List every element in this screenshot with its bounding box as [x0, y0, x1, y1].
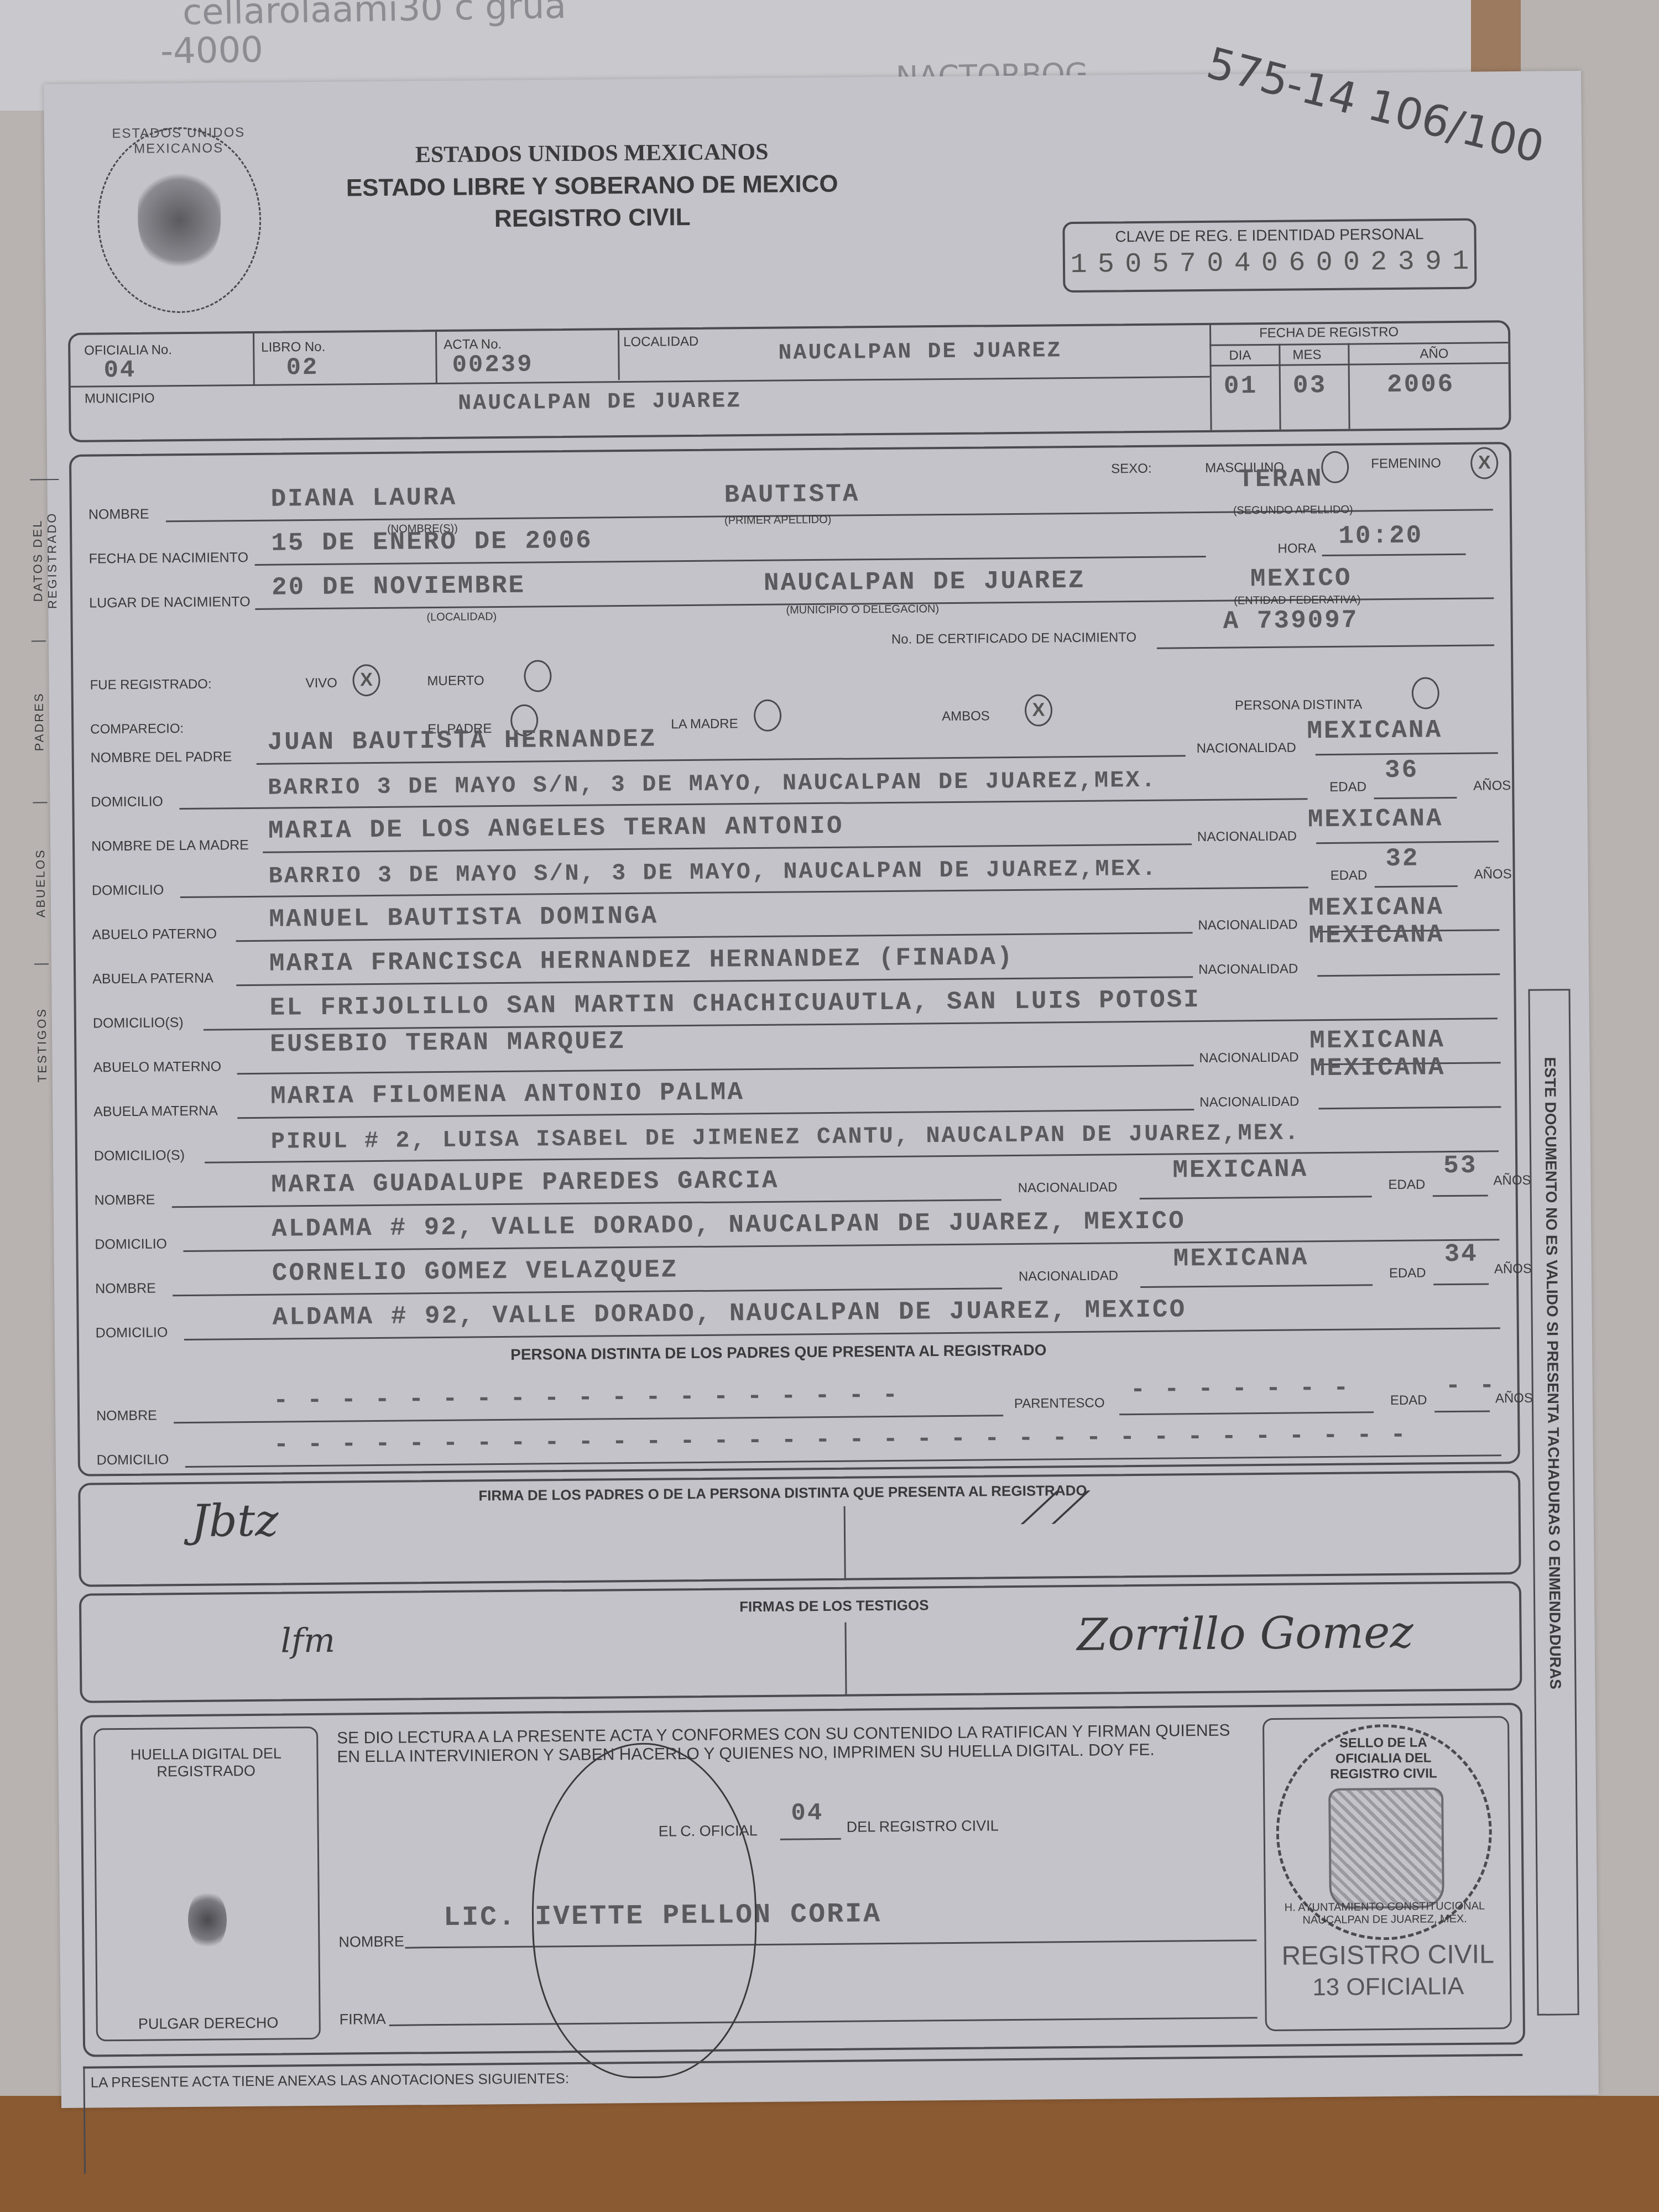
persona-nombre-label: NOMBRE [96, 1408, 157, 1425]
padre-edad-value: 36 [1385, 756, 1419, 785]
persona-edad-label: EDAD [1390, 1392, 1427, 1408]
testigo-1-domicilio: ALDAMA # 92, VALLE DORADO, NAUCALPAN DE … [272, 1207, 1186, 1243]
entidad-hint: (ENTIDAD FEDERATIVA) [1234, 593, 1360, 607]
madre-domicilio-label: DOMICILIO [92, 882, 164, 899]
certification-box: HUELLA DIGITAL DEL REGISTRADO PULGAR DER… [80, 1703, 1525, 2057]
domicilio-maternos-value: PIRUL # 2, LUISA ISABEL DE JIMENEZ CANTU… [271, 1119, 1301, 1155]
ambos-radio-selected[interactable]: X [1025, 694, 1053, 726]
localidad-hint: (LOCALIDAD) [426, 611, 497, 624]
persona-nombre-value: - - - - - - - - - - - - - - - - - - - [273, 1381, 900, 1415]
acta-value: 00239 [452, 351, 533, 379]
persona-edad-value: - - [1445, 1371, 1496, 1400]
testigo-1-nombre: MARIA GUADALUPE PAREDES GARCIA [271, 1166, 779, 1199]
testigo-2-nacionalidad: MEXICANA [1173, 1243, 1308, 1273]
madre-nacionalidad-label: NACIONALIDAD [1197, 828, 1297, 845]
clave-box: CLAVE DE REG. E IDENTIDAD PERSONAL 15057… [1062, 218, 1477, 293]
firma-padres-title: FIRMA DE LOS PADRES O DE LA PERSONA DIST… [478, 1482, 1087, 1505]
pulgar-label: PULGAR DERECHO [98, 2014, 319, 2033]
testigo-2-edad-label: EDAD [1389, 1265, 1426, 1281]
abuelo-paterno-nacionalidad-label: NACIONALIDAD [1198, 917, 1297, 933]
sello-ring-text: H. AYUNTAMIENTO CONSTITUCIONAL NAUCALPAN… [1280, 1900, 1490, 1927]
testigo-2-nombre-label: NOMBRE [95, 1281, 156, 1297]
clave-digit: 5 [1098, 249, 1115, 280]
header-line-3: REGISTRO CIVIL [343, 202, 841, 234]
clave-digit: 1 [1452, 246, 1469, 278]
huella-label: HUELLA DIGITAL DEL REGISTRADO [117, 1745, 295, 1781]
sello-title: SELLO DE LA OFICIALIA DEL REGISTRO CIVIL [1278, 1735, 1489, 1783]
lugar-municipio-value: NAUCALPAN DE JUAREZ [764, 566, 1086, 598]
dia-value: 01 [1224, 372, 1258, 401]
muerto-radio[interactable] [524, 660, 552, 692]
abuelo-materno-nacionalidad-label: NACIONALIDAD [1199, 1050, 1298, 1066]
sello-box: SELLO DE LA OFICIALIA DEL REGISTRO CIVIL… [1262, 1716, 1512, 2031]
clave-digit: 0 [1316, 247, 1333, 279]
parentesco-value: - - - - - - - [1130, 1374, 1350, 1404]
padre-domicilio-value: BARRIO 3 DE MAYO S/N, 3 DE MAYO, NAUCALP… [268, 767, 1157, 801]
firma-padres-box: FIRMA DE LOS PADRES O DE LA PERSONA DIST… [78, 1470, 1521, 1587]
oficialia-value: 04 [103, 357, 136, 385]
clave-digit: 7 [1180, 248, 1197, 280]
background-note-2: -4000 [160, 29, 263, 72]
clave-digit: 6 [1288, 247, 1306, 279]
padre-signature: Jbtz [191, 1495, 278, 1547]
thumbprint-icon [188, 1889, 227, 1950]
side-tab-padres: PADRES [32, 640, 48, 802]
testigo-2-anos-label: AÑOS [1494, 1261, 1532, 1277]
muerto-label: MUERTO [427, 673, 484, 689]
abuela-paterna-nacionalidad-label: NACIONALIDAD [1198, 961, 1298, 978]
acta-label: ACTA No. [444, 337, 502, 353]
madre-domicilio-value: BARRIO 3 DE MAYO S/N, 3 DE MAYO, NAUCALP… [268, 855, 1157, 890]
firma-testigos-title: FIRMAS DE LOS TESTIGOS [739, 1597, 929, 1615]
huella-box: HUELLA DIGITAL DEL REGISTRADO PULGAR DER… [93, 1726, 321, 2042]
firma-testigos-box: FIRMAS DE LOS TESTIGOS lfm Zorrillo Gome… [79, 1581, 1522, 1703]
persona-domicilio-label: DOMICILIO [97, 1452, 169, 1468]
segundo-apellido-hint: (SEGUNDO APELLIDO) [1233, 504, 1353, 518]
vivo-radio-selected[interactable]: X [352, 664, 380, 696]
municipio-value: NAUCALPAN DE JUAREZ [458, 389, 742, 416]
header-line-2: ESTADO LIBRE Y SOBERANO DE MEXICO [343, 170, 841, 202]
certificado-value: A 739097 [1223, 606, 1358, 635]
persona-distinta-radio[interactable] [1412, 677, 1440, 709]
municipio-hint: (MUNICIPIO O DELEGACION) [786, 603, 939, 617]
document-header: ESTADOS UNIDOS MEXICANOS ESTADO LIBRE Y … [343, 138, 841, 234]
abuela-paterna-label: ABUELA PATERNA [92, 971, 213, 988]
testigo-1-anos-label: AÑOS [1493, 1173, 1531, 1189]
lugar-nacimiento-label: LUGAR DE NACIMIENTO [89, 594, 250, 612]
eagle-emblem-icon [137, 167, 221, 273]
padre-anos-label: AÑOS [1473, 778, 1511, 794]
testigo-1-nacionalidad: MEXICANA [1172, 1155, 1308, 1185]
municipal-seal-icon: SELLO DE LA OFICIALIA DEL REGISTRO CIVIL… [1275, 1723, 1493, 1940]
padre-value: JUAN BAUTISTA HERNANDEZ [267, 725, 656, 757]
libro-label: LIBRO No. [261, 340, 325, 356]
del-registro-label: DEL REGISTRO CIVIL [847, 1817, 999, 1835]
libro-value: 02 [286, 354, 319, 382]
nombre-label: NOMBRE [88, 507, 149, 523]
oficial-nombre-label: NOMBRE [338, 1933, 404, 1951]
anio-label: AÑO [1420, 346, 1448, 362]
femenino-radio-selected[interactable]: X [1470, 447, 1499, 479]
abuelo-materno-label: ABUELO MATERNO [93, 1058, 221, 1076]
abuela-paterna-nacionalidad: MEXICANA [1308, 920, 1444, 950]
clave-digit: 0 [1343, 247, 1360, 278]
side-section-tabs: DATOS DEL REGISTRADO PADRES ABUELOS TEST… [30, 479, 69, 1125]
abuela-materna-nacionalidad-label: NACIONALIDAD [1199, 1094, 1299, 1110]
abuelo-paterno-value: MANUEL BAUTISTA DOMINGA [269, 902, 658, 934]
testigo-2-nombre: CORNELIO GOMEZ VELAZQUEZ [272, 1255, 679, 1287]
vivo-label: VIVO [305, 676, 337, 691]
testigo-2-domicilio-label: DOMICILIO [96, 1324, 168, 1341]
header-line-1: ESTADOS UNIDOS MEXICANOS [343, 138, 841, 169]
side-tab-registrado: DATOS DEL REGISTRADO [30, 479, 60, 640]
municipio-label: MUNICIPIO [85, 390, 155, 406]
testigo-2-nacionalidad-label: NACIONALIDAD [1019, 1268, 1118, 1285]
side-tab-testigos: TESTIGOS [34, 963, 50, 1125]
padre-domicilio-label: DOMICILIO [91, 794, 163, 810]
clave-digits: 150570406002391 [1065, 246, 1474, 281]
nombres-value: DIANA LAURA [270, 483, 457, 514]
abuelo-paterno-nacionalidad: MEXICANA [1308, 893, 1444, 922]
testigo-1-domicilio-label: DOMICILIO [95, 1236, 167, 1253]
clave-digit: 1 [1070, 249, 1087, 281]
dia-label: DIA [1229, 348, 1251, 363]
madre-signature: ⟋⟋ [1020, 1482, 1083, 1535]
testigo-1-signature: lfm [280, 1621, 335, 1661]
clave-digit: 3 [1397, 247, 1415, 278]
validity-notice-band: ESTE DOCUMENTO NO ES VALIDO SI PRESENTA … [1528, 989, 1579, 2016]
ambos-label: AMBOS [942, 708, 990, 724]
primer-apellido-hint: (PRIMER APELLIDO) [724, 514, 832, 528]
certificado-label: No. DE CERTIFICADO DE NACIMIENTO [891, 630, 1136, 648]
madre-nacionalidad-value: MEXICANA [1308, 804, 1443, 834]
primer-apellido-value: BAUTISTA [724, 479, 859, 509]
coat-of-arms-icon [1328, 1787, 1444, 1909]
abuelo-paterno-label: ABUELO PATERNO [92, 926, 217, 943]
padre-nacionalidad-value: MEXICANA [1307, 716, 1442, 745]
persona-domicilio-value: - - - - - - - - - - - - - - - - - - - - … [273, 1421, 1407, 1459]
mes-value: 03 [1293, 371, 1327, 400]
clave-digit: 5 [1152, 248, 1169, 280]
sexo-label: SEXO: [1111, 461, 1152, 477]
testigo-2-edad: 34 [1444, 1240, 1478, 1269]
oficial-number: 04 [791, 1799, 823, 1828]
side-tab-abuelos: ABUELOS [33, 802, 49, 963]
clave-digit: 0 [1261, 248, 1279, 279]
hora-value: 10:20 [1338, 521, 1423, 550]
testigo-1-edad: 53 [1443, 1151, 1478, 1181]
background-note-1: cellarolaami30 c grua [182, 0, 566, 33]
parentesco-label: PARENTESCO [1014, 1396, 1105, 1412]
abuela-paterna-value: MARIA FRANCISCA HERNANDEZ HERNANDEZ (FIN… [269, 943, 1014, 978]
firma-label: FIRMA [340, 2011, 386, 2028]
padre-edad-label: EDAD [1329, 779, 1366, 795]
testigo-1-nacionalidad-label: NACIONALIDAD [1018, 1180, 1117, 1196]
segundo-apellido-value: TERAN [1238, 465, 1323, 494]
madre-edad-value: 32 [1385, 844, 1420, 874]
anotaciones-label: LA PRESENTE ACTA TIENE ANEXAS LAS ANOTAC… [90, 2070, 569, 2091]
mes-label: MES [1292, 347, 1321, 363]
lugar-entidad-value: MEXICO [1250, 564, 1352, 594]
sello-oficialia: 13 OFICIALIA [1266, 1972, 1510, 2002]
madre-value: MARIA DE LOS ANGELES TERAN ANTONIO [268, 812, 844, 846]
clave-digit: 0 [1207, 248, 1224, 280]
certificacion-text: SE DIO LECTURA A LA PRESENTE ACTA Y CONF… [337, 1721, 1244, 1766]
domicilio-paternos-value: EL FRIJOLILLO SAN MARTIN CHACHICUAUTLA, … [269, 985, 1201, 1022]
birth-certificate: 575-14 106/100 ESTADOS UNIDOS MEXICANOS … [44, 71, 1599, 2108]
testigo-1-nombre-label: NOMBRE [95, 1192, 155, 1209]
madre-label: NOMBRE DE LA MADRE [91, 837, 249, 854]
anotaciones-box: LA PRESENTE ACTA TIENE ANEXAS LAS ANOTAC… [83, 2054, 1524, 2174]
testigo-2-signature: Zorrillo Gomez [1077, 1606, 1413, 1661]
clave-digit: 0 [1125, 249, 1142, 280]
padre-label: NOMBRE DEL PADRE [91, 749, 232, 766]
localidad-label: LOCALIDAD [623, 334, 698, 350]
femenino-label: FEMENINO [1371, 456, 1441, 472]
main-data-box: DATOS DEL REGISTRADO PADRES ABUELOS TEST… [69, 442, 1520, 1477]
abuelo-materno-value: EUSEBIO TERAN MARQUEZ [270, 1027, 625, 1059]
registration-box: OFICIALIA No. 04 LIBRO No. 02 ACTA No. 0… [68, 320, 1511, 442]
clave-label: CLAVE DE REG. E IDENTIDAD PERSONAL [1065, 225, 1474, 246]
testigo-2-domicilio: ALDAMA # 92, VALLE DORADO, NAUCALPAN DE … [272, 1295, 1186, 1332]
clave-digit: 2 [1370, 247, 1387, 278]
validity-notice: ESTE DOCUMENTO NO ES VALIDO SI PRESENTA … [1541, 1057, 1564, 1689]
localidad-value: NAUCALPAN DE JUAREZ [778, 338, 1062, 366]
clave-digit: 9 [1425, 246, 1442, 278]
abuela-materna-nacionalidad: MEXICANA [1310, 1053, 1445, 1083]
domicilios-paternos-label: DOMICILIO(S) [93, 1015, 184, 1031]
padre-nacionalidad-label: NACIONALIDAD [1197, 740, 1296, 757]
fecha-registro-label: FECHA DE REGISTRO [1259, 325, 1399, 341]
anio-value: 2006 [1387, 370, 1455, 399]
sello-registro-civil: REGISTRO CIVIL [1266, 1939, 1509, 1971]
hora-label: HORA [1277, 541, 1316, 557]
persona-anos-label: AÑOS [1495, 1391, 1533, 1407]
madre-anos-label: AÑOS [1474, 867, 1512, 883]
abuela-materna-label: ABUELA MATERNA [93, 1103, 218, 1120]
fue-registrado-label: FUE REGISTRADO: [90, 677, 211, 693]
fecha-nacimiento-value: 15 DE ENERO DE 2006 [271, 526, 593, 558]
testigo-1-edad-label: EDAD [1388, 1177, 1425, 1193]
national-seal-icon: ESTADOS UNIDOS MEXICANOS [97, 127, 262, 314]
abuela-materna-value: MARIA FILOMENA ANTONIO PALMA [270, 1078, 744, 1110]
madre-edad-label: EDAD [1331, 868, 1368, 884]
oficial-signature [530, 1742, 758, 2079]
persona-distinta-title: PERSONA DISTINTA DE LOS PADRES QUE PRESE… [510, 1341, 1046, 1363]
domicilios-maternos-label: DOMICILIO(S) [94, 1147, 185, 1164]
lugar-localidad-value: 20 DE NOVIEMBRE [272, 571, 526, 602]
fecha-nacimiento-label: FECHA DE NACIMIENTO [88, 550, 248, 567]
abuelo-materno-nacionalidad: MEXICANA [1310, 1025, 1445, 1055]
clave-digit: 4 [1234, 248, 1251, 279]
persona-distinta-label: PERSONA DISTINTA [1235, 697, 1363, 713]
